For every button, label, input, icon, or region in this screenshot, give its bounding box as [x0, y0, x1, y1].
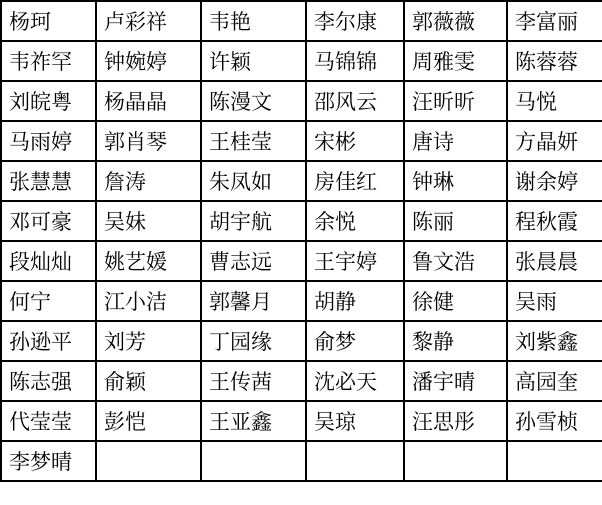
table-cell: 张慧慧: [1, 161, 96, 201]
table-cell: 王传茜: [201, 361, 306, 401]
table-cell: 姚艺媛: [96, 241, 201, 281]
names-table: 杨珂卢彩祥韦艳李尔康郭薇薇李富丽韦祚罕钟婉婷许颖马锦锦周雅雯陈蓉蓉刘皖粤杨晶晶陈…: [0, 0, 602, 482]
table-cell: 胡宇航: [201, 201, 306, 241]
table-cell: 刘紫鑫: [507, 321, 602, 361]
table-cell: 韦祚罕: [1, 41, 96, 81]
table-row: 韦祚罕钟婉婷许颖马锦锦周雅雯陈蓉蓉: [1, 41, 602, 81]
table-cell: 周雅雯: [404, 41, 507, 81]
table-cell: 程秋霞: [507, 201, 602, 241]
table-cell: 胡静: [306, 281, 404, 321]
table-cell: 陈志强: [1, 361, 96, 401]
table-cell: 刘皖粤: [1, 81, 96, 121]
table-cell: 王桂莹: [201, 121, 306, 161]
table-cell: [201, 441, 306, 481]
table-cell: 俞颖: [96, 361, 201, 401]
table-cell: 詹涛: [96, 161, 201, 201]
table-cell: 汪昕昕: [404, 81, 507, 121]
table-cell: 杨晶晶: [96, 81, 201, 121]
table-row: 段灿灿姚艺媛曹志远王宇婷鲁文浩张晨晨: [1, 241, 602, 281]
table-cell: 陈丽: [404, 201, 507, 241]
table-row: 张慧慧詹涛朱凤如房佳红钟琳谢余婷: [1, 161, 602, 201]
table-cell: 王亚鑫: [201, 401, 306, 441]
table-cell: 陈漫文: [201, 81, 306, 121]
table-cell: 李尔康: [306, 1, 404, 41]
table-cell: 黎静: [404, 321, 507, 361]
table-cell: 郭馨月: [201, 281, 306, 321]
table-cell: 朱凤如: [201, 161, 306, 201]
table-cell: 邵风云: [306, 81, 404, 121]
names-table-body: 杨珂卢彩祥韦艳李尔康郭薇薇李富丽韦祚罕钟婉婷许颖马锦锦周雅雯陈蓉蓉刘皖粤杨晶晶陈…: [1, 1, 602, 481]
table-row: 孙逊平刘芳丁园缘俞梦黎静刘紫鑫: [1, 321, 602, 361]
table-cell: 高园奎: [507, 361, 602, 401]
document-page: 杨珂卢彩祥韦艳李尔康郭薇薇李富丽韦祚罕钟婉婷许颖马锦锦周雅雯陈蓉蓉刘皖粤杨晶晶陈…: [0, 0, 602, 505]
table-cell: 唐诗: [404, 121, 507, 161]
table-cell: 江小洁: [96, 281, 201, 321]
table-row: 代莹莹彭恺王亚鑫吴琼汪思彤孙雪桢: [1, 401, 602, 441]
table-cell: 陈蓉蓉: [507, 41, 602, 81]
table-cell: 吴雨: [507, 281, 602, 321]
table-row: 何宁江小洁郭馨月胡静徐健吴雨: [1, 281, 602, 321]
table-cell: 张晨晨: [507, 241, 602, 281]
table-cell: 许颖: [201, 41, 306, 81]
table-cell: 郭肖琴: [96, 121, 201, 161]
table-row: 李梦晴: [1, 441, 602, 481]
table-cell: 吴妹: [96, 201, 201, 241]
table-cell: 马雨婷: [1, 121, 96, 161]
table-row: 邓可豪吴妹胡宇航余悦陈丽程秋霞: [1, 201, 602, 241]
table-cell: 邓可豪: [1, 201, 96, 241]
table-cell: 俞梦: [306, 321, 404, 361]
table-cell: 钟婉婷: [96, 41, 201, 81]
table-cell: 宋彬: [306, 121, 404, 161]
table-cell: 钟琳: [404, 161, 507, 201]
table-row: 马雨婷郭肖琴王桂莹宋彬唐诗方晶妍: [1, 121, 602, 161]
table-cell: 汪思彤: [404, 401, 507, 441]
table-cell: 孙雪桢: [507, 401, 602, 441]
table-cell: 何宁: [1, 281, 96, 321]
table-cell: 徐健: [404, 281, 507, 321]
table-row: 陈志强俞颖王传茜沈必天潘宇晴高园奎: [1, 361, 602, 401]
table-cell: 沈必天: [306, 361, 404, 401]
table-cell: 韦艳: [201, 1, 306, 41]
table-cell: 马锦锦: [306, 41, 404, 81]
table-cell: 鲁文浩: [404, 241, 507, 281]
table-row: 杨珂卢彩祥韦艳李尔康郭薇薇李富丽: [1, 1, 602, 41]
table-cell: 李梦晴: [1, 441, 96, 481]
table-cell: 彭恺: [96, 401, 201, 441]
table-cell: [404, 441, 507, 481]
table-cell: 卢彩祥: [96, 1, 201, 41]
table-cell: 李富丽: [507, 1, 602, 41]
table-cell: [507, 441, 602, 481]
table-cell: 吴琼: [306, 401, 404, 441]
table-cell: 谢余婷: [507, 161, 602, 201]
table-cell: 王宇婷: [306, 241, 404, 281]
table-cell: [96, 441, 201, 481]
table-cell: 代莹莹: [1, 401, 96, 441]
table-cell: 刘芳: [96, 321, 201, 361]
table-cell: 潘宇晴: [404, 361, 507, 401]
table-cell: 余悦: [306, 201, 404, 241]
table-cell: [306, 441, 404, 481]
table-cell: 丁园缘: [201, 321, 306, 361]
table-cell: 段灿灿: [1, 241, 96, 281]
table-row: 刘皖粤杨晶晶陈漫文邵风云汪昕昕马悦: [1, 81, 602, 121]
table-cell: 马悦: [507, 81, 602, 121]
table-cell: 郭薇薇: [404, 1, 507, 41]
table-cell: 杨珂: [1, 1, 96, 41]
table-cell: 曹志远: [201, 241, 306, 281]
table-cell: 孙逊平: [1, 321, 96, 361]
table-cell: 方晶妍: [507, 121, 602, 161]
table-cell: 房佳红: [306, 161, 404, 201]
